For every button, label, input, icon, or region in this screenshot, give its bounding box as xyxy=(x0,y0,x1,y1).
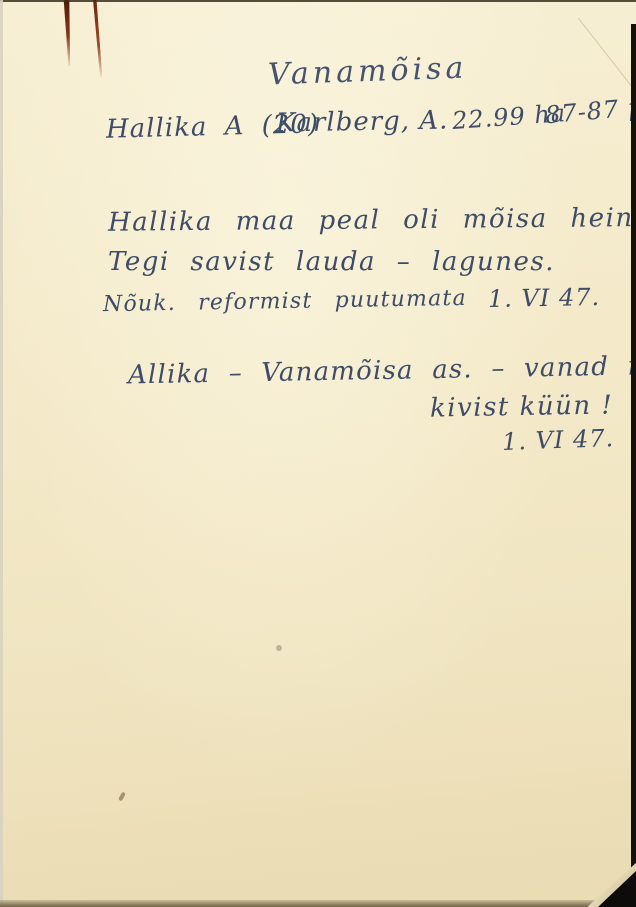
ink-stain-mark xyxy=(92,0,102,78)
card-title: Vanamõisa xyxy=(267,51,467,93)
note1-line2: Tegi savist lauda – lagunes. xyxy=(108,247,555,277)
paper-speck xyxy=(276,645,282,651)
paper-crease xyxy=(578,18,636,93)
scan-edge-right xyxy=(631,24,636,907)
owner-name: Karlberg, A. xyxy=(276,105,449,138)
paper-speck xyxy=(118,792,126,802)
note1-line3: Nõuk. reformist puutumata xyxy=(103,286,467,317)
note2-line1: Allika – Vanamõisa as. – vanad majad – xyxy=(128,350,636,391)
note2-line2: kivist küün ! xyxy=(430,390,614,423)
area-secondary: 87-87 pm xyxy=(544,91,636,130)
ink-stain-mark xyxy=(63,0,72,66)
note2-date: 1. VI 47. xyxy=(502,424,615,456)
scan-edge-bottom xyxy=(0,900,636,907)
scan-edge-top xyxy=(0,0,636,2)
scanned-card: Vanamõisa Hallika A (20) Karlberg, A. 22… xyxy=(0,0,636,907)
note1-date: 1. VI 47. xyxy=(488,283,601,313)
scan-edge-left xyxy=(0,0,3,907)
note1-line1: Hallika maa peal oli mõisa heinaküün. xyxy=(108,202,636,237)
